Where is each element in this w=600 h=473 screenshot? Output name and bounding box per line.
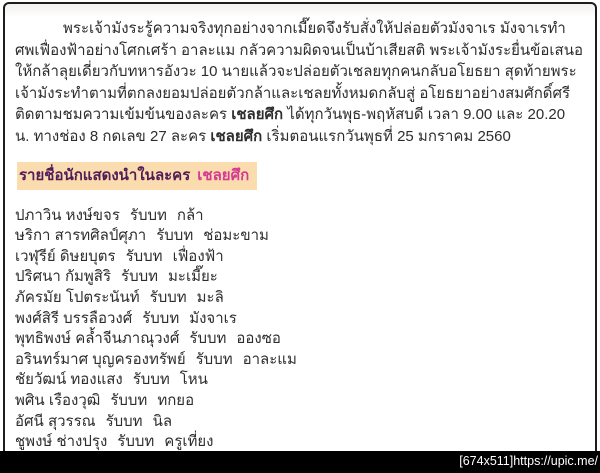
cast-list-item: ชัยวัฒน์ ทองแสงรับบทโหน [15, 370, 583, 391]
role-name: มะเมี๊ยะ [168, 268, 218, 285]
watermark-text: [674x511]https://upic.me/ [459, 454, 598, 468]
synopsis-paragraph: พระเจ้ามังระรู้ความจริงทุกอย่างจากเมี๊ยด… [15, 18, 583, 148]
actor-name: ภัครมัย โปตระนันท์ [15, 289, 140, 306]
document-frame: พระเจ้ามังระรู้ความจริงทุกอย่างจากเมี๊ยด… [3, 2, 597, 472]
cast-list-item: พุทธิพงษ์ คล้ำจีนภาณุวงศ์รับบทอองซอ [15, 329, 583, 350]
role-name: อาละแม [243, 351, 297, 368]
role-name: โหน [180, 371, 208, 388]
cast-heading-title: เชลยศึก [197, 167, 249, 184]
actor-name: อรินทร์มาศ บุญครองทรัพย์ [15, 351, 186, 368]
role-name: เฟื่องฟ้า [173, 248, 224, 265]
role-name: มะลิ [197, 289, 224, 306]
cast-list-item: อรินทร์มาศ บุญครองทรัพย์รับบทอาละแม [15, 350, 583, 371]
role-name: อองซอ [236, 330, 281, 347]
cast-list-item: ปริศนา กัมพูสิริรับบทมะเมี๊ยะ [15, 267, 583, 288]
document-content: พระเจ้ามังระรู้ความจริงทุกอย่างจากเมี๊ยด… [5, 4, 595, 453]
synopsis-segment: เริ่มตอนแรกวันพุธที่ 25 มกราคม 2560 [262, 128, 511, 145]
role-name: ครูเที่ยง [164, 433, 213, 450]
actor-name: ชัยวัฒน์ ทองแสง [15, 371, 123, 388]
role-label: รับบท [150, 289, 187, 306]
role-label: รับบท [126, 248, 163, 265]
role-label: รับบท [117, 433, 154, 450]
actor-name: ปภาวิน หงษ์ขจร [15, 207, 120, 224]
role-name: ทกยอ [157, 392, 194, 409]
cast-list-item: ภัครมัย โปตระนันท์รับบทมะลิ [15, 288, 583, 309]
actor-name: พุทธิพงษ์ คล้ำจีนภาณุวงศ์ [15, 330, 179, 347]
role-label: รับบท [142, 310, 179, 327]
role-name: นิล [153, 413, 172, 430]
actor-name: อัศนี สุวรรณ [15, 413, 96, 430]
cast-list-item: ปภาวิน หงษ์ขจรรับบทกล้า [15, 206, 583, 227]
synopsis-bold-title: เชลยศึก [231, 106, 283, 123]
synopsis-bold-title: เชลยศึก [210, 128, 262, 145]
cast-list-item: เวฬุรีย์ ดิษยบุตรรับบทเฟื่องฟ้า [15, 247, 583, 268]
role-name: ช่อมะขาม [203, 227, 269, 244]
cast-list-item: พศิน เรืองวุฒิรับบททกยอ [15, 391, 583, 412]
cast-heading-label: รายชื่อนักแสดงนำในละคร [19, 167, 190, 184]
cast-heading: รายชื่อนักแสดงนำในละครเชลยศึก [17, 162, 257, 190]
actor-name: ษริกา สารทศิลป์ศุภา [15, 227, 146, 244]
cast-list-item: ชูพงษ์ ช่างปรุงรับบทครูเที่ยง [15, 432, 583, 453]
role-label: รับบท [133, 371, 170, 388]
actor-name: ปริศนา กัมพูสิริ [15, 268, 111, 285]
actor-name: เวฬุรีย์ ดิษยบุตร [15, 248, 116, 265]
role-name: กล้า [177, 207, 204, 224]
role-label: รับบท [189, 330, 226, 347]
role-label: รับบท [121, 268, 158, 285]
cast-list-item: ษริกา สารทศิลป์ศุภารับบทช่อมะขาม [15, 226, 583, 247]
cast-list: ปภาวิน หงษ์ขจรรับบทกล้า ษริกา สารทศิลป์ศ… [15, 206, 583, 453]
role-label: รับบท [130, 207, 167, 224]
cast-list-item: พงศ์สิรี บรรลือวงศ์รับบทมังจาเร [15, 309, 583, 330]
actor-name: พงศ์สิรี บรรลือวงศ์ [15, 310, 132, 327]
role-label: รับบท [196, 351, 233, 368]
role-label: รับบท [156, 227, 193, 244]
role-name: มังจาเร [189, 310, 237, 327]
actor-name: พศิน เรืองวุฒิ [15, 392, 100, 409]
watermark-bar: [674x511]https://upic.me/ [0, 451, 600, 473]
role-label: รับบท [110, 392, 147, 409]
cast-list-item: อัศนี สุวรรณรับบทนิล [15, 412, 583, 433]
role-label: รับบท [106, 413, 143, 430]
actor-name: ชูพงษ์ ช่างปรุง [15, 433, 107, 450]
